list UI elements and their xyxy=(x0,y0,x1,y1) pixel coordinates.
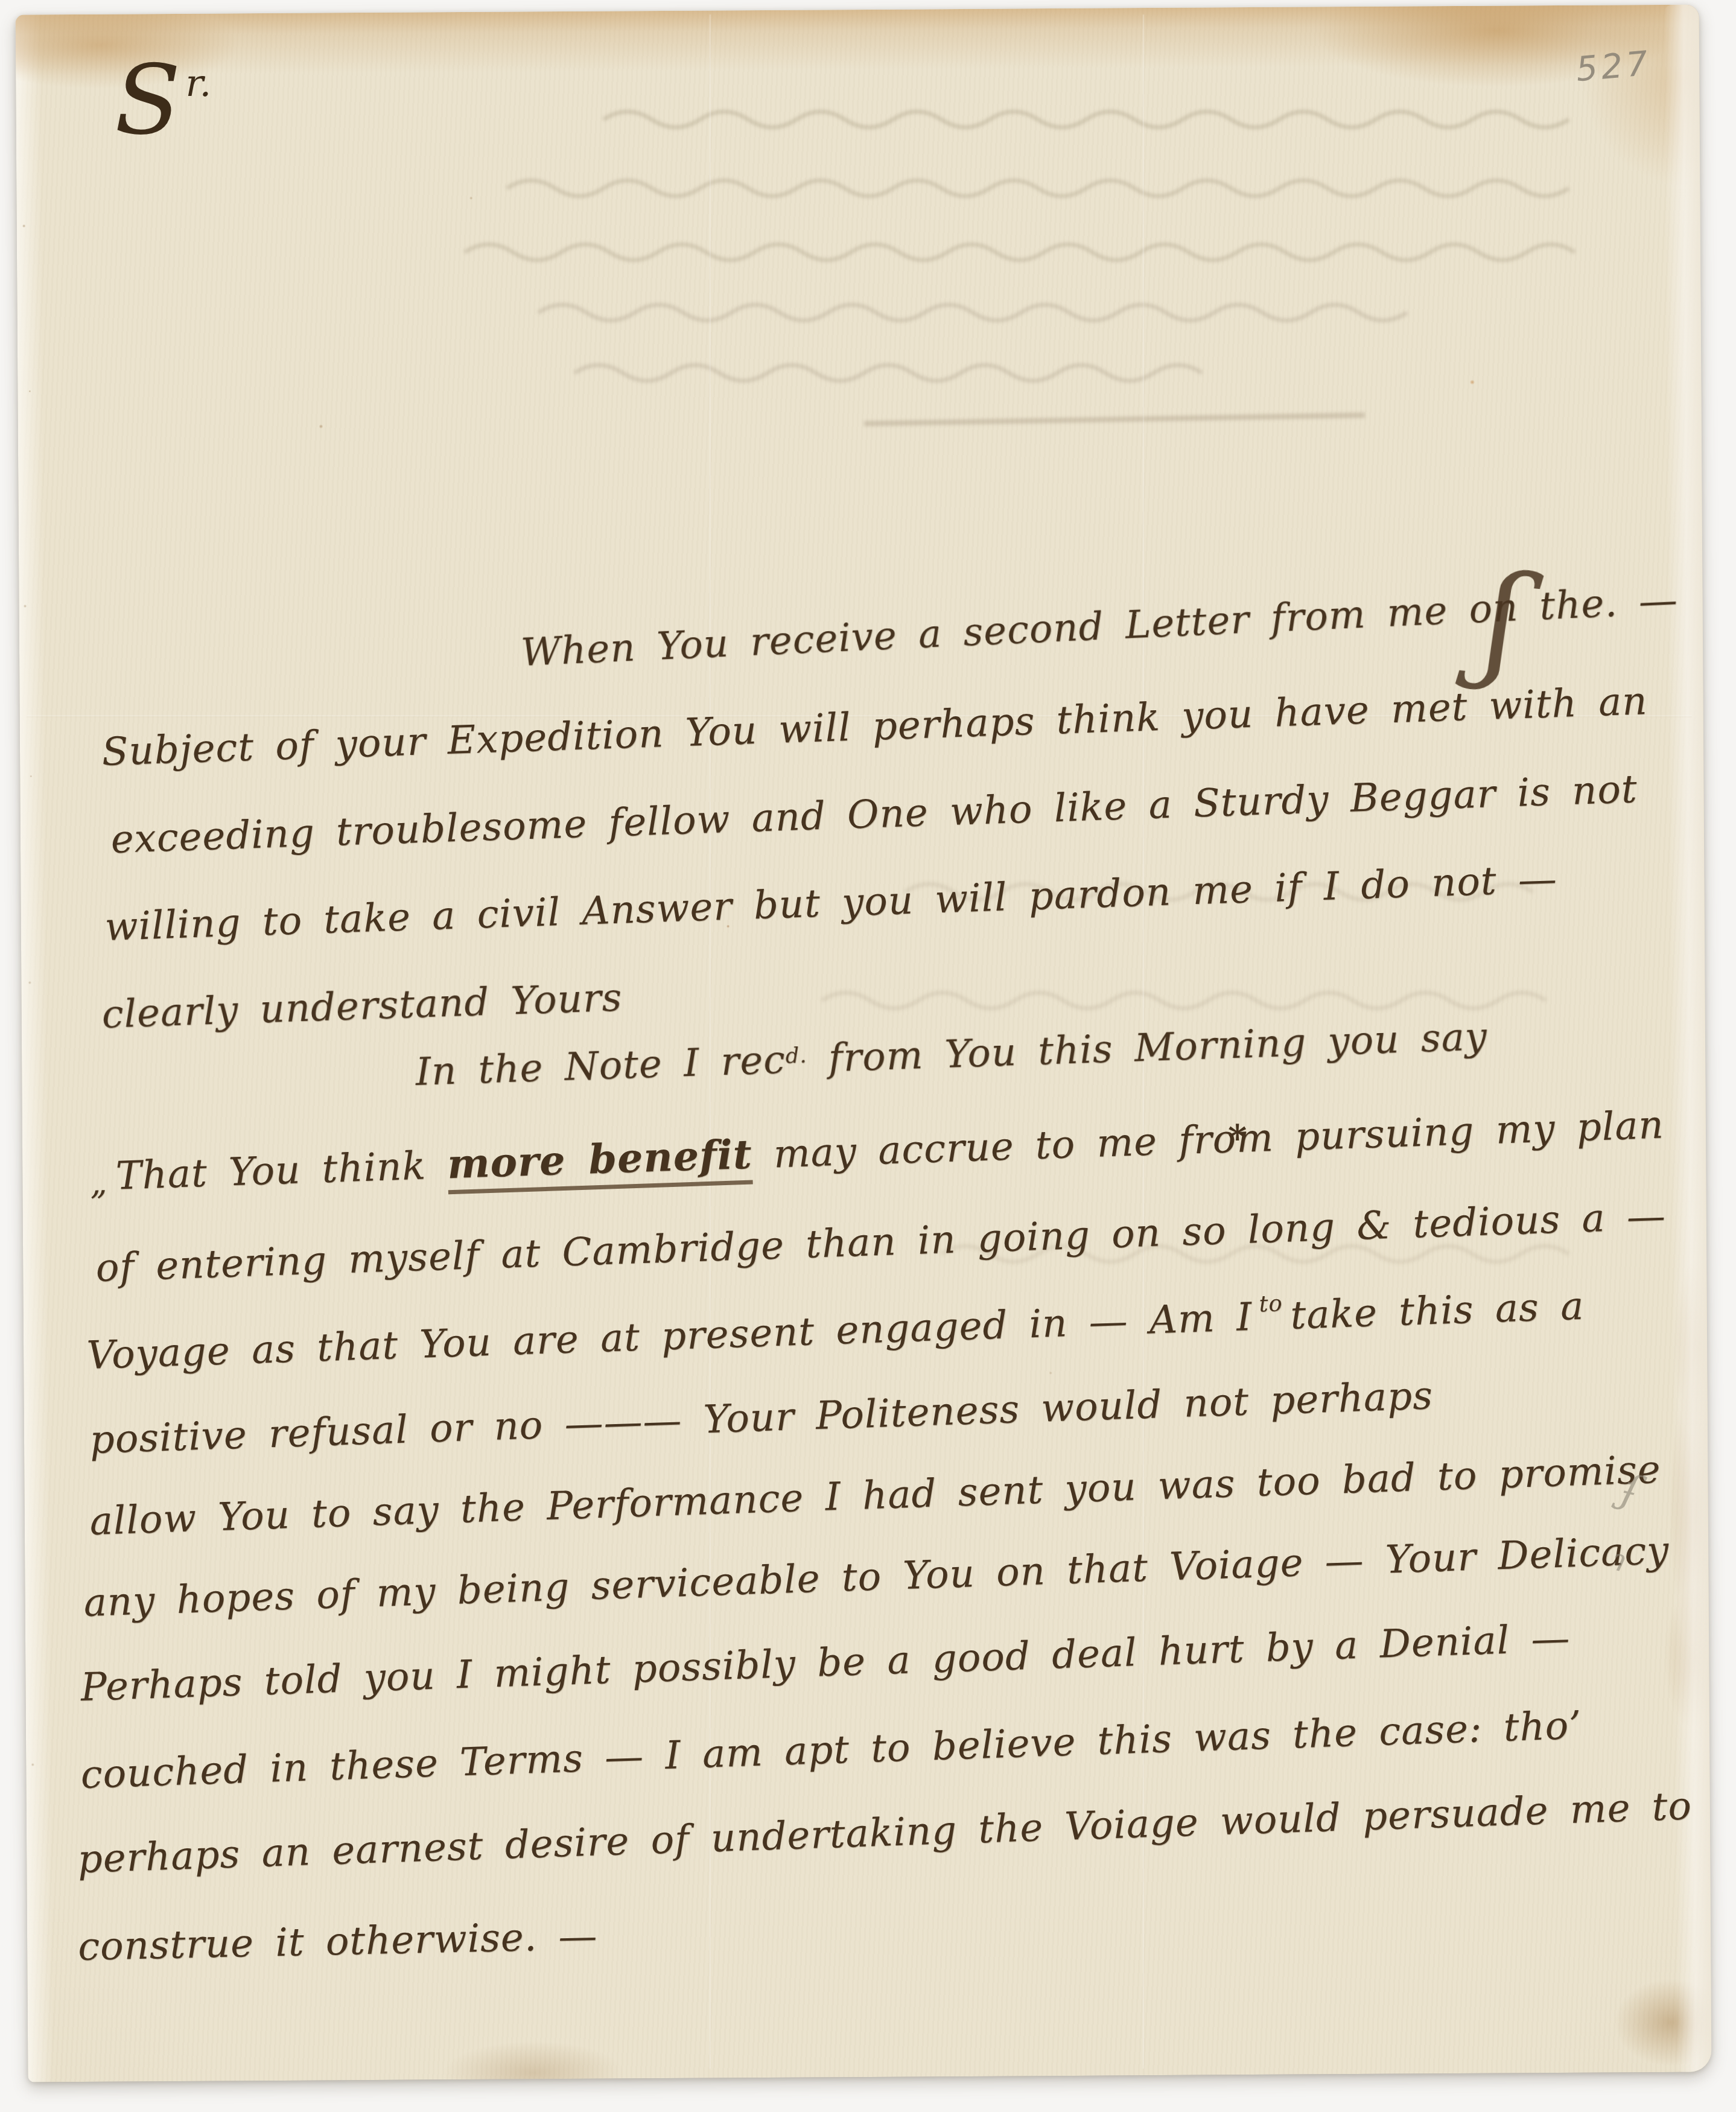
line6-superscript: d. xyxy=(785,1043,807,1069)
line9-inserted-word: to xyxy=(1259,1291,1283,1317)
salutation-superscript: r. xyxy=(186,61,212,105)
salutation-initial: S xyxy=(115,43,181,156)
quotation-mark: „ xyxy=(89,1163,108,1202)
page-number-pencil: 527 xyxy=(1574,44,1653,90)
scanned-letter-page: Sr. 527 When You receive a second Letter… xyxy=(0,0,1736,2112)
salutation-sir: Sr. xyxy=(115,43,211,156)
line7-underlined-phrase: more benefit xyxy=(447,1131,753,1195)
